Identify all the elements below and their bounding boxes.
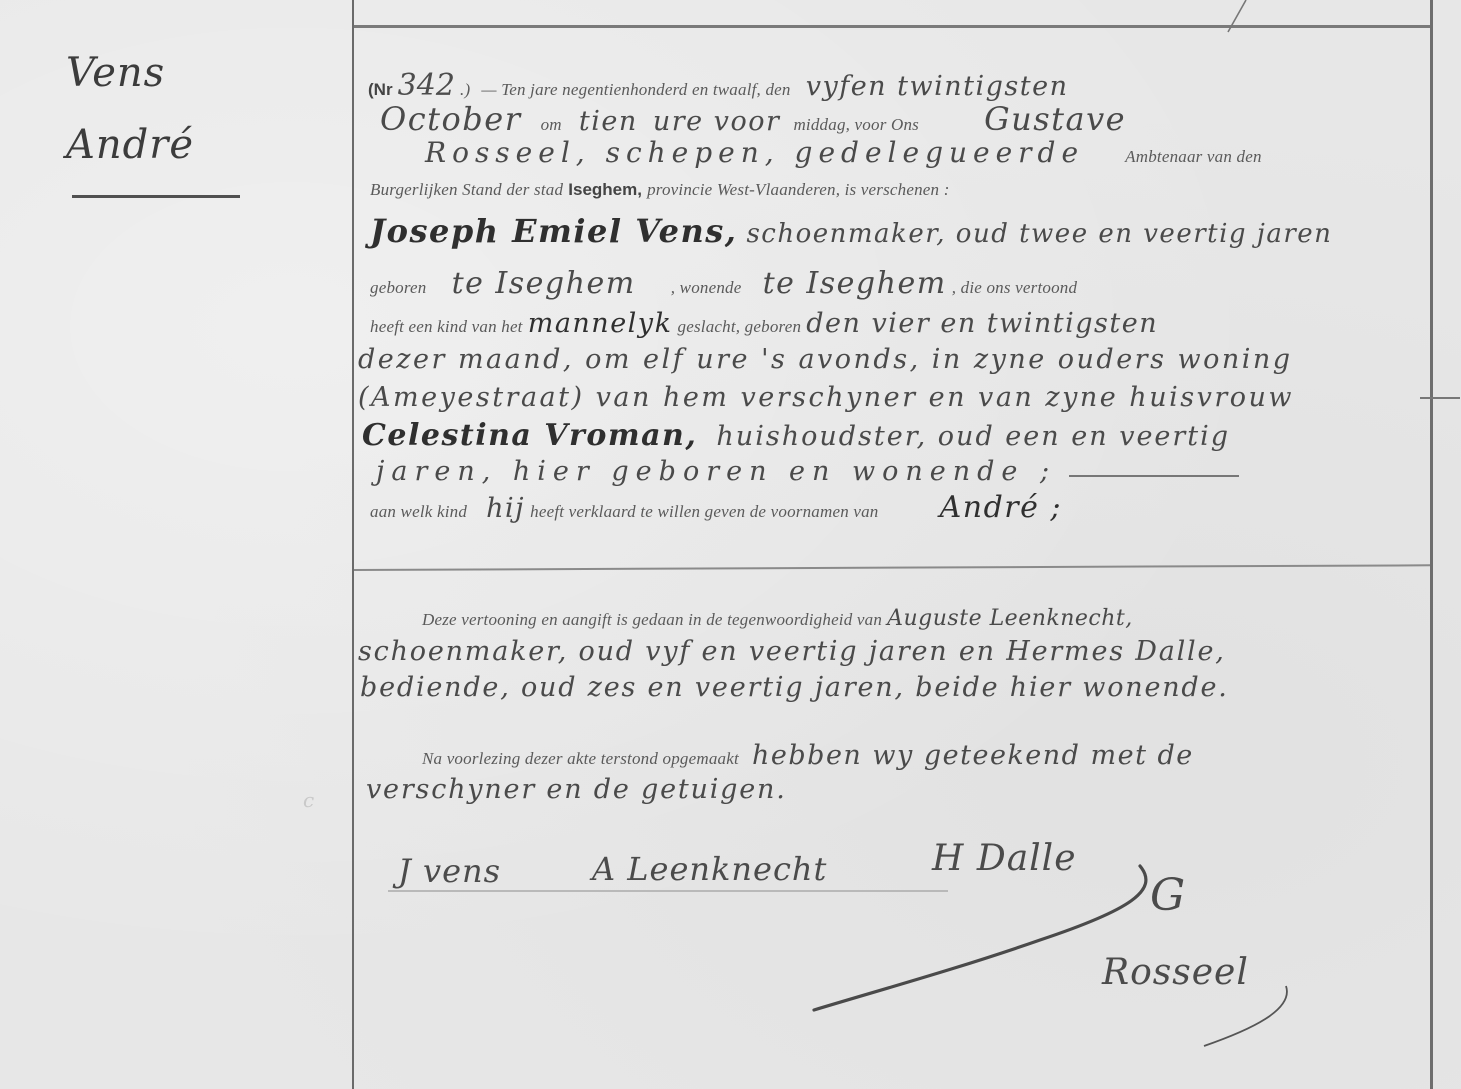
- margin-divider-line: [352, 0, 354, 1089]
- printed-ambtenaar: Ambtenaar van den: [1125, 147, 1262, 166]
- printed-city: Iseghem,: [568, 180, 642, 199]
- record-line-9: (Ameyestraat) van hem verschyner en van …: [358, 382, 1294, 413]
- handwritten-birth-time-place: dezer maand, om elf ure 's avonds, in zy…: [358, 344, 1293, 375]
- record-line-10: Celestina Vroman, huishoudster, oud een …: [362, 418, 1230, 453]
- record-line-14: schoenmaker, oud vyf en veertig jaren en…: [358, 636, 1226, 667]
- signature-official-initial: G: [1150, 870, 1186, 921]
- printed-aan-welk-kind: aan welk kind: [370, 502, 467, 521]
- printed-verklaard: heeft verklaard te willen geven de voorn…: [530, 502, 878, 521]
- handwritten-street-and-wife: (Ameyestraat) van hem verschyner en van …: [358, 382, 1294, 413]
- record-line-5: Joseph Emiel Vens, schoenmaker, oud twee…: [370, 212, 1332, 250]
- printed-province: provincie West-Vlaanderen, is verschenen…: [647, 180, 950, 199]
- printed-wonende: , wonende: [671, 278, 742, 297]
- record-line-11: jaren, hier geboren en wonende ;: [376, 456, 1239, 487]
- handwritten-witness-2-details: bediende, oud zes en veertig jaren, beid…: [360, 672, 1229, 703]
- top-separator-line: [354, 25, 1430, 28]
- record-line-12: aan welk kind hij heeft verklaard te wil…: [370, 490, 1062, 525]
- handwritten-mother-details: huishoudster, oud een en veertig: [716, 421, 1230, 452]
- right-border-line: [1430, 0, 1433, 1089]
- signature-declarant: J vens: [398, 852, 501, 890]
- record-line-8: dezer maand, om elf ure 's avonds, in zy…: [358, 344, 1293, 375]
- handwritten-official-firstname: Gustave: [984, 100, 1126, 138]
- record-line-3: Rosseel, schepen, gedelegueerde Ambtenaa…: [425, 136, 1262, 169]
- record-line-4: Burgerlijken Stand der stad Iseghem, pro…: [370, 180, 950, 200]
- record-line-1: (Nr 342 .) — Ten jare negentienhonderd e…: [368, 68, 1068, 103]
- handwritten-pronoun: hij: [486, 493, 525, 524]
- handwritten-birth-day: den vier en twintigsten: [806, 308, 1158, 339]
- handwritten-closing: verschyner en de getuigen.: [366, 774, 787, 805]
- fill-line: [1069, 475, 1239, 477]
- handwritten-time-of-day: ure voor: [653, 106, 781, 137]
- bleed-through-mark: c: [303, 788, 314, 812]
- handwritten-witness-details: schoenmaker, oud vyf en veertig jaren en…: [358, 636, 1226, 667]
- printed-kind-van-het: heeft een kind van het: [370, 317, 523, 336]
- handwritten-day: vyfen twintigsten: [806, 71, 1069, 102]
- printed-intro: — Ten jare negentienhonderd en twaalf, d…: [481, 80, 790, 99]
- printed-burgerlijken-stand: Burgerlijken Stand der stad: [370, 180, 563, 199]
- handwritten-official-title: Rosseel, schepen, gedelegueerde: [425, 136, 1084, 169]
- section-separator-line: [354, 564, 1430, 571]
- document-page: Vens André (Nr 342 .) — Ten jare negenti…: [0, 0, 1461, 1089]
- signature-witness-1: A Leenknecht: [592, 850, 827, 888]
- handwritten-sex: mannelyk: [528, 308, 673, 339]
- previous-record-stroke: [1222, 0, 1252, 34]
- official-signature-tail: [1190, 980, 1300, 1050]
- record-number-prefix: (Nr: [368, 80, 393, 99]
- margin-surname: Vens: [66, 50, 165, 96]
- record-line-15: bediende, oud zes en veertig jaren, beid…: [360, 672, 1229, 703]
- record-line-16: Na voorlezing dezer akte terstond opgema…: [422, 740, 1194, 771]
- printed-om: om: [541, 115, 562, 134]
- record-line-6: geboren te Iseghem , wonende te Iseghem …: [370, 266, 1077, 301]
- printed-tegenwoordigheid: Deze vertooning en aangift is gedaan in …: [422, 610, 882, 629]
- record-line-17: verschyner en de getuigen.: [366, 774, 787, 805]
- handwritten-witness-1: Auguste Leenknecht,: [887, 606, 1133, 631]
- signature-flourish: [800, 860, 1180, 1020]
- record-line-7: heeft een kind van het mannelyk geslacht…: [370, 308, 1158, 339]
- handwritten-father-name: Joseph Emiel Vens,: [370, 212, 737, 250]
- record-number: 342: [398, 68, 455, 103]
- printed-geboren: geboren: [370, 278, 426, 297]
- handwritten-child-name: André ;: [940, 490, 1062, 525]
- printed-voorlezing: Na voorlezing dezer akte terstond opgema…: [422, 749, 739, 768]
- handwritten-month: October: [380, 100, 522, 138]
- printed-geslacht: geslacht, geboren: [678, 317, 802, 336]
- handwritten-father-details: schoenmaker, oud twee en veertig jaren: [746, 219, 1332, 249]
- line-extension-stroke: [1420, 397, 1460, 399]
- handwritten-birthplace: te Iseghem: [452, 266, 636, 301]
- record-line-2: October om tien ure voor middag, voor On…: [380, 100, 1126, 138]
- handwritten-signed-statement: hebben wy geteekend met de: [752, 740, 1194, 771]
- margin-given-name: André: [66, 122, 194, 168]
- record-number-suffix: .): [460, 80, 470, 99]
- printed-middag: middag, voor Ons: [793, 115, 919, 134]
- handwritten-mother-residence: jaren, hier geboren en wonende ;: [376, 456, 1056, 487]
- handwritten-hour: tien: [579, 106, 638, 137]
- handwritten-residence: te Iseghem: [763, 266, 947, 301]
- printed-vertoond: , die ons vertoond: [952, 278, 1077, 297]
- handwritten-mother-name: Celestina Vroman,: [362, 418, 697, 453]
- record-line-13: Deze vertooning en aangift is gedaan in …: [422, 606, 1133, 631]
- margin-underline: [72, 195, 240, 198]
